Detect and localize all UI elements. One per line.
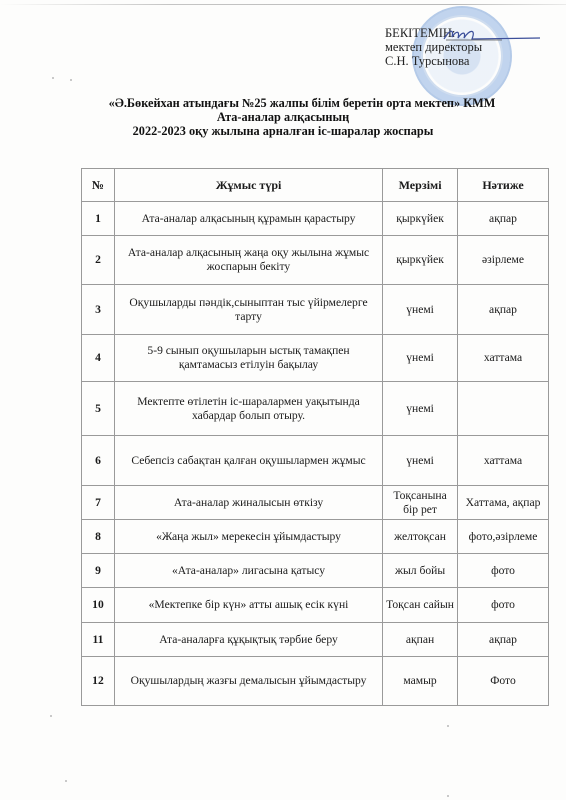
- result-cell: ақпар: [458, 623, 549, 657]
- row-number: 1: [82, 202, 115, 236]
- work-type-cell: «Мектепке бір күн» атты ашық есік күні: [114, 588, 382, 623]
- approval-name: С.Н. Турсынова: [385, 54, 482, 68]
- term-cell: үнемі: [383, 335, 458, 382]
- table-row: 3Оқушыларды пәндік,сыныптан тыс үйірмеле…: [82, 285, 549, 335]
- result-cell: ақпар: [458, 202, 549, 236]
- table-row: 7Ата-аналар жиналысын өткізуТоқсанына бі…: [82, 486, 549, 520]
- result-cell: хаттама: [458, 436, 549, 486]
- table-row: 45-9 сынып оқушыларын ыстық тамақпен қам…: [82, 335, 549, 382]
- document-header: «Ә.Бөкейхан атындағы №25 жалпы білім бер…: [0, 96, 566, 138]
- table-row: 2Ата-аналар алқасының жаңа оқу жылына жұ…: [82, 236, 549, 285]
- result-cell: [458, 382, 549, 436]
- work-type-cell: Себепсіз сабақтан қалған оқушылармен жұм…: [114, 436, 382, 486]
- term-cell: мамыр: [383, 657, 458, 706]
- school-name: «Ә.Бөкейхан атындағы №25 жалпы білім бер…: [0, 96, 566, 110]
- work-type-cell: Оқушылардың жазғы демалысын ұйымдастыру: [114, 657, 382, 706]
- approval-position: мектеп директоры: [385, 40, 482, 54]
- column-header-result: Нәтиже: [458, 169, 549, 202]
- row-number: 3: [82, 285, 115, 335]
- term-cell: үнемі: [383, 382, 458, 436]
- result-cell: фото: [458, 554, 549, 588]
- signature-icon: [442, 27, 542, 41]
- term-cell: қыркүйек: [383, 236, 458, 285]
- result-cell: Хаттама, ақпар: [458, 486, 549, 520]
- scan-speck: [65, 780, 67, 782]
- row-number: 11: [82, 623, 115, 657]
- work-type-cell: Ата-аналар алқасының құрамын қарастыру: [114, 202, 382, 236]
- column-header-work-type: Жұмыс түрі: [114, 169, 382, 202]
- row-number: 5: [82, 382, 115, 436]
- term-cell: қыркүйек: [383, 202, 458, 236]
- table-row: 12Оқушылардың жазғы демалысын ұйымдастыр…: [82, 657, 549, 706]
- plan-title: 2022-2023 оқу жылына арналған іс-шаралар…: [0, 124, 566, 138]
- row-number: 9: [82, 554, 115, 588]
- row-number: 7: [82, 486, 115, 520]
- row-number: 4: [82, 335, 115, 382]
- result-cell: хаттама: [458, 335, 549, 382]
- result-cell: ақпар: [458, 285, 549, 335]
- table-row: 1Ата-аналар алқасының құрамын қарастыруқ…: [82, 202, 549, 236]
- term-cell: жыл бойы: [383, 554, 458, 588]
- row-number: 2: [82, 236, 115, 285]
- result-cell: әзірлеме: [458, 236, 549, 285]
- table-header-row: № Жұмыс түрі Мерзімі Нәтиже: [82, 169, 549, 202]
- table-row: 8«Жаңа жыл» мерекесін ұйымдастыружелтоқс…: [82, 520, 549, 554]
- scan-speck: [50, 715, 52, 717]
- scan-edge-line: [0, 4, 566, 5]
- term-cell: үнемі: [383, 436, 458, 486]
- table-row: 6Себепсіз сабақтан қалған оқушылармен жұ…: [82, 436, 549, 486]
- work-type-cell: Ата-аналар алқасының жаңа оқу жылына жұм…: [114, 236, 382, 285]
- row-number: 12: [82, 657, 115, 706]
- activity-plan-table: № Жұмыс түрі Мерзімі Нәтиже 1Ата-аналар …: [81, 168, 549, 706]
- scan-speck: [70, 79, 72, 81]
- table-row: 5Мектепте өтілетін іс-шаралармен уақытын…: [82, 382, 549, 436]
- term-cell: ақпан: [383, 623, 458, 657]
- scan-speck: [447, 725, 449, 727]
- table-row: 10«Мектепке бір күн» атты ашық есік күні…: [82, 588, 549, 623]
- council-name: Ата-аналар алқасының: [0, 110, 566, 124]
- work-type-cell: Ата-аналарға құқықтық тәрбие беру: [114, 623, 382, 657]
- table-row: 11Ата-аналарға құқықтық тәрбие беруақпан…: [82, 623, 549, 657]
- work-type-cell: «Ата-аналар» лигасына қатысу: [114, 554, 382, 588]
- scan-speck: [52, 77, 54, 79]
- result-cell: Фото: [458, 657, 549, 706]
- term-cell: Тоқсанына бір рет: [383, 486, 458, 520]
- scan-speck: [447, 795, 449, 797]
- row-number: 6: [82, 436, 115, 486]
- work-type-cell: Ата-аналар жиналысын өткізу: [114, 486, 382, 520]
- row-number: 10: [82, 588, 115, 623]
- table-row: 9«Ата-аналар» лигасына қатысужыл бойыфот…: [82, 554, 549, 588]
- result-cell: фото: [458, 588, 549, 623]
- work-type-cell: «Жаңа жыл» мерекесін ұйымдастыру: [114, 520, 382, 554]
- result-cell: фото,әзірлеме: [458, 520, 549, 554]
- work-type-cell: Оқушыларды пәндік,сыныптан тыс үйірмелер…: [114, 285, 382, 335]
- work-type-cell: Мектепте өтілетін іс-шаралармен уақытынд…: [114, 382, 382, 436]
- work-type-cell: 5-9 сынып оқушыларын ыстық тамақпен қамт…: [114, 335, 382, 382]
- row-number: 8: [82, 520, 115, 554]
- term-cell: үнемі: [383, 285, 458, 335]
- column-header-term: Мерзімі: [383, 169, 458, 202]
- term-cell: желтоқсан: [383, 520, 458, 554]
- column-header-number: №: [82, 169, 115, 202]
- term-cell: Тоқсан сайын: [383, 588, 458, 623]
